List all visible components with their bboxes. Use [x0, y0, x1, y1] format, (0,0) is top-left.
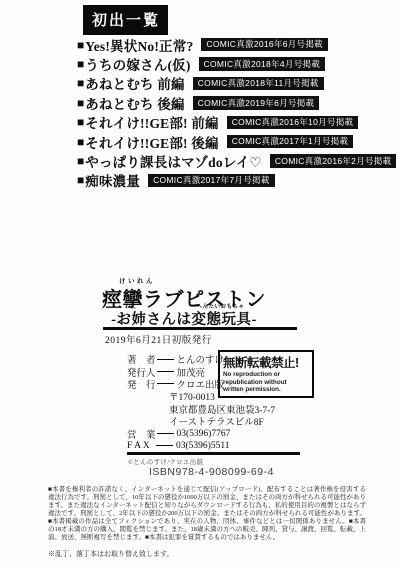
list-item: ■あねとむち 前編COMIC真激2018年11月号掲載 [77, 74, 396, 93]
work-title: それイけ!!GE部! 前編 [85, 112, 218, 132]
isbn-number: ISBN978-4-908099-69-4 [149, 466, 274, 478]
list-item: ■あねとむち 後編COMIC真激2019年6月号掲載 [77, 93, 396, 112]
address-row-1: 東京都豊島区東池袋3-7-7 [127, 403, 275, 415]
copyright-line: ©とんのすけ/クロエ出版 [128, 457, 204, 466]
fax-label: F A X [127, 441, 155, 451]
list-item: ■Yes!異状No!正常?COMIC真激2016年6月号掲載 [77, 35, 396, 54]
work-title: やっぱり課長はマゾdoレイ♡ [85, 151, 262, 171]
address-line-2: イーストテラスビル8F [169, 414, 264, 428]
sales-phone: 03(5396)7767 [177, 429, 231, 439]
publication-badge: COMIC真激2017年1月号掲載 [227, 135, 354, 149]
page-title: 初出一覧 [83, 5, 168, 35]
publication-badge: COMIC真激2018年4月号掲載 [199, 57, 326, 71]
list-item: ■痴味濃量COMIC真激2017年7月号掲載 [77, 171, 396, 190]
work-title: うちの嫁さん(仮) [85, 54, 190, 74]
square-bullet-icon: ■ [77, 39, 84, 51]
dash-rule [156, 445, 173, 446]
dash-rule [157, 383, 174, 384]
sales-row: 営 業03(5396)7767 [127, 427, 275, 439]
square-bullet-icon: ■ [77, 97, 84, 109]
first-publication-list: ■Yes!異状No!正常?COMIC真激2016年6月号掲載■うちの嫁さん(仮)… [77, 35, 396, 190]
publication-badge: COMIC真激2016年6月号掲載 [201, 38, 328, 52]
work-title: それイけ!!GE部! 後編 [85, 132, 218, 152]
colophon-page: 初出一覧 ■Yes!異状No!正常?COMIC真激2016年6月号掲載■うちの嫁… [0, 0, 400, 568]
work-title: 痴味濃量 [85, 170, 140, 190]
work-title: あねとむち 後編 [85, 93, 184, 113]
book-subtitle: -お姉さんは変態玩具- [0, 308, 368, 329]
replacement-note: ※乱丁、落丁本はお取り替え致します。 [48, 549, 173, 559]
stamp-japanese-text: 無断転載禁止! [223, 353, 309, 371]
square-bullet-icon: ■ [77, 174, 84, 186]
dash-rule [157, 433, 174, 434]
stamp-english-text: No reproduction or republication without… [223, 371, 309, 394]
square-bullet-icon: ■ [77, 77, 84, 89]
square-bullet-icon: ■ [77, 116, 84, 128]
square-bullet-icon: ■ [77, 155, 84, 167]
edition-date: 2019年6月21日初版発行 [105, 332, 212, 346]
divider [127, 452, 300, 455]
work-title: あねとむち 前編 [85, 73, 184, 93]
publication-badge: COMIC真激2016年10月号掲載 [227, 116, 359, 130]
divider [103, 327, 297, 330]
fax-number: 03(5396)5511 [176, 441, 229, 451]
dash-rule [157, 371, 174, 372]
legal-notice: ■本書を権利者の許諾なく、インターネットを通じて配信(アップロード)、配布するこ… [48, 486, 366, 542]
publication-badge: COMIC真激2019年6月号掲載 [193, 96, 320, 110]
fax-row: F A X03(5396)5511 [127, 440, 275, 452]
square-bullet-icon: ■ [77, 136, 84, 148]
address-row-2: イーストテラスビル8F [127, 415, 275, 427]
square-bullet-icon: ■ [77, 58, 84, 70]
publication-badge: COMIC真激2018年11月号掲載 [193, 77, 324, 91]
imprint-label: 発 行 [127, 377, 156, 391]
dash-rule [157, 359, 174, 360]
publication-badge: COMIC真激2017年7月号掲載 [148, 174, 275, 188]
list-item: ■それイけ!!GE部! 後編COMIC真激2017年1月号掲載 [77, 132, 396, 151]
list-item: ■うちの嫁さん(仮)COMIC真激2018年4月号掲載 [77, 54, 396, 73]
list-item: ■それイけ!!GE部! 前編COMIC真激2016年10月号掲載 [77, 113, 396, 132]
publication-badge: COMIC真激2016年2月号掲載 [270, 154, 397, 168]
list-item: ■やっぱり課長はマゾdoレイ♡COMIC真激2016年2月号掲載 [77, 151, 396, 170]
work-title: Yes!異状No!正常? [85, 35, 193, 55]
sales-label: 営 業 [127, 427, 156, 441]
no-reproduction-stamp: 無断転載禁止! No reproduction or republication… [218, 350, 314, 398]
